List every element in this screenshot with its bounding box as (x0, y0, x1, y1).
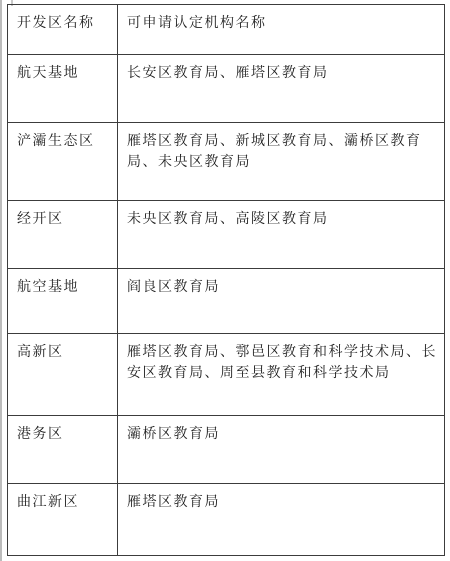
zone-name-cell: 浐灞生态区 (8, 123, 118, 201)
org-names-cell: 雁塔区教育局、新城区教育局、灞桥区教育局、未央区教育局 (118, 123, 445, 201)
table-row: 经开区 未央区教育局、高陵区教育局 (8, 201, 445, 269)
zone-name-cell: 高新区 (8, 334, 118, 416)
table-row: 曲江新区 雁塔区教育局 (8, 484, 445, 556)
zone-name-cell: 港务区 (8, 416, 118, 484)
zone-name-cell: 经开区 (8, 201, 118, 269)
table-row: 高新区 雁塔区教育局、鄠邑区教育和科学技术局、长安区教育局、周至县教育和科学技术… (8, 334, 445, 416)
org-names-cell: 阎良区教育局 (118, 269, 445, 334)
org-names-cell: 雁塔区教育局 (118, 484, 445, 556)
org-names-cell: 未央区教育局、高陵区教育局 (118, 201, 445, 269)
org-names-cell: 雁塔区教育局、鄠邑区教育和科学技术局、长安区教育局、周至县教育和科学技术局 (118, 334, 445, 416)
zone-name-cell: 航空基地 (8, 269, 118, 334)
zone-name-cell: 航天基地 (8, 55, 118, 123)
table-row: 浐灞生态区 雁塔区教育局、新城区教育局、灞桥区教育局、未央区教育局 (8, 123, 445, 201)
table-row: 航天基地 长安区教育局、雁塔区教育局 (8, 55, 445, 123)
table-header-row: 开发区名称 可申请认定机构名称 (8, 5, 445, 55)
header-org-names-cell: 可申请认定机构名称 (118, 5, 445, 55)
org-names-cell: 灞桥区教育局 (118, 416, 445, 484)
org-names-cell: 长安区教育局、雁塔区教育局 (118, 55, 445, 123)
page-edge-line (0, 0, 2, 561)
zone-name-cell: 曲江新区 (8, 484, 118, 556)
header-zone-name-cell: 开发区名称 (8, 5, 118, 55)
document-page: 开发区名称 可申请认定机构名称 航天基地 长安区教育局、雁塔区教育局 浐灞生态区… (0, 0, 450, 561)
table-row: 航空基地 阎良区教育局 (8, 269, 445, 334)
zones-table: 开发区名称 可申请认定机构名称 航天基地 长安区教育局、雁塔区教育局 浐灞生态区… (7, 4, 445, 556)
table-row: 港务区 灞桥区教育局 (8, 416, 445, 484)
